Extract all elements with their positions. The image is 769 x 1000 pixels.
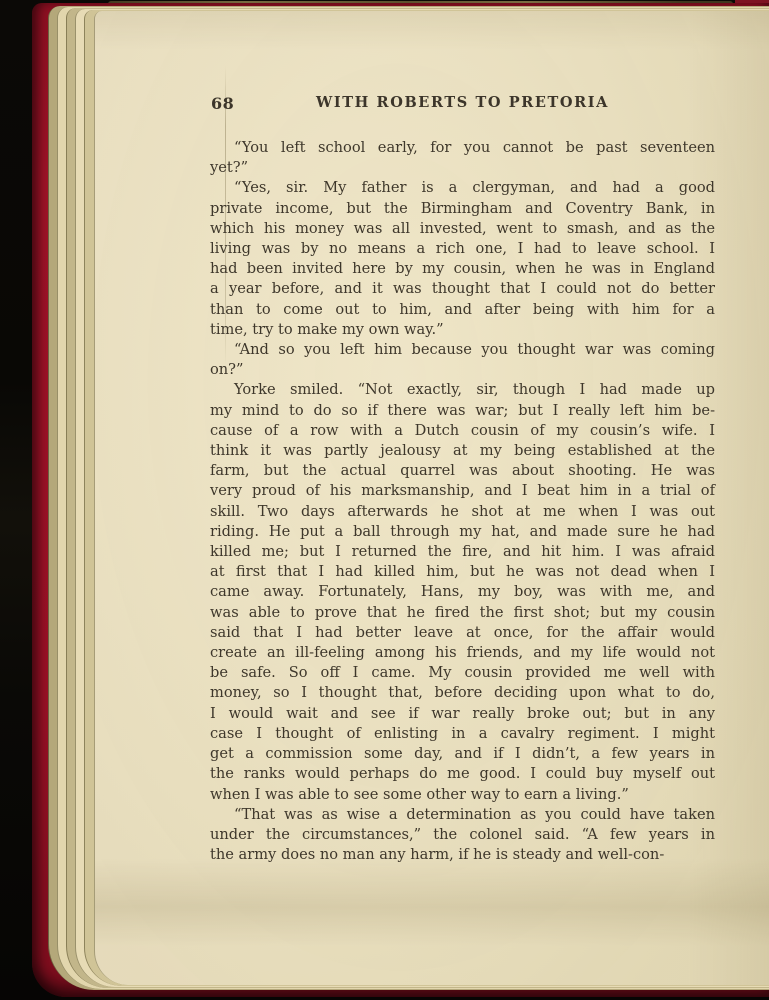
page-header: 68 WITH ROBERTS TO PRETORIA bbox=[210, 94, 715, 114]
paragraph: “Yes, sir. My father is a clergyman, and… bbox=[210, 178, 715, 340]
page-number: 68 bbox=[211, 94, 234, 113]
text-line: was able to prove that he fired the firs… bbox=[210, 603, 715, 623]
paragraph: “And so you left him because you thought… bbox=[210, 340, 715, 380]
text-line: under the circumstances,” the colonel sa… bbox=[210, 825, 715, 845]
text-line: had been invited here by my cousin, when… bbox=[210, 259, 715, 279]
text-line: skill. Two days afterwards he shot at me… bbox=[210, 502, 715, 522]
text-line: said that I had better leave at once, fo… bbox=[210, 623, 715, 643]
text-line: which his money was all invested, went t… bbox=[210, 219, 715, 239]
text-line: “And so you left him because you thought… bbox=[210, 340, 715, 360]
text-line: create an ill-feeling among his friends,… bbox=[210, 643, 715, 663]
book-photo: 68 WITH ROBERTS TO PRETORIA “You left sc… bbox=[0, 0, 769, 1000]
text-line: yet?” bbox=[210, 158, 715, 178]
text-line: be safe. So off I came. My cousin provid… bbox=[210, 663, 715, 683]
paragraph: Yorke smiled. “Not exactly, sir, though … bbox=[210, 380, 715, 804]
text-line: when I was able to see some other way to… bbox=[210, 785, 715, 805]
text-line: living was by no means a rich one, I had… bbox=[210, 239, 715, 259]
text-line: “You left school early, for you cannot b… bbox=[210, 138, 715, 158]
text-line: killed me; but I returned the fire, and … bbox=[210, 542, 715, 562]
text-line: than to come out to him, and after being… bbox=[210, 300, 715, 320]
text-line: a year before, and it was thought that I… bbox=[210, 279, 715, 299]
text-line: the army does no man any harm, if he is … bbox=[210, 845, 715, 865]
text-line: very proud of his marksmanship, and I be… bbox=[210, 481, 715, 501]
text-line: riding. He put a ball through my hat, an… bbox=[210, 522, 715, 542]
text-line: Yorke smiled. “Not exactly, sir, though … bbox=[210, 380, 715, 400]
text-line: money, so I thought that, before decidin… bbox=[210, 683, 715, 703]
text-line: my mind to do so if there was war; but I… bbox=[210, 401, 715, 421]
text-line: get a commission some day, and if I didn… bbox=[210, 744, 715, 764]
text-line: “That was as wise a determination as you… bbox=[210, 805, 715, 825]
text-line: think it was partly jealousy at my being… bbox=[210, 441, 715, 461]
paragraph: “That was as wise a determination as you… bbox=[210, 805, 715, 866]
text-line: at first that I had killed him, but he w… bbox=[210, 562, 715, 582]
text-line: farm, but the actual quarrel was about s… bbox=[210, 461, 715, 481]
text-line: the ranks would perhaps do me good. I co… bbox=[210, 764, 715, 784]
text-line: “Yes, sir. My father is a clergyman, and… bbox=[210, 178, 715, 198]
running-title: WITH ROBERTS TO PRETORIA bbox=[210, 94, 715, 111]
text-line: on?” bbox=[210, 360, 715, 380]
text-line: I would wait and see if war really broke… bbox=[210, 704, 715, 724]
text-block: “You left school early, for you cannot b… bbox=[210, 138, 715, 865]
text-line: case I thought of enlisting in a cavalry… bbox=[210, 724, 715, 744]
text-line: private income, but the Birmingham and C… bbox=[210, 199, 715, 219]
text-line: came away. Fortunately, Hans, my boy, wa… bbox=[210, 582, 715, 602]
paragraph: “You left school early, for you cannot b… bbox=[210, 138, 715, 178]
text-line: time, try to make my own way.” bbox=[210, 320, 715, 340]
text-line: cause of a row with a Dutch cousin of my… bbox=[210, 421, 715, 441]
